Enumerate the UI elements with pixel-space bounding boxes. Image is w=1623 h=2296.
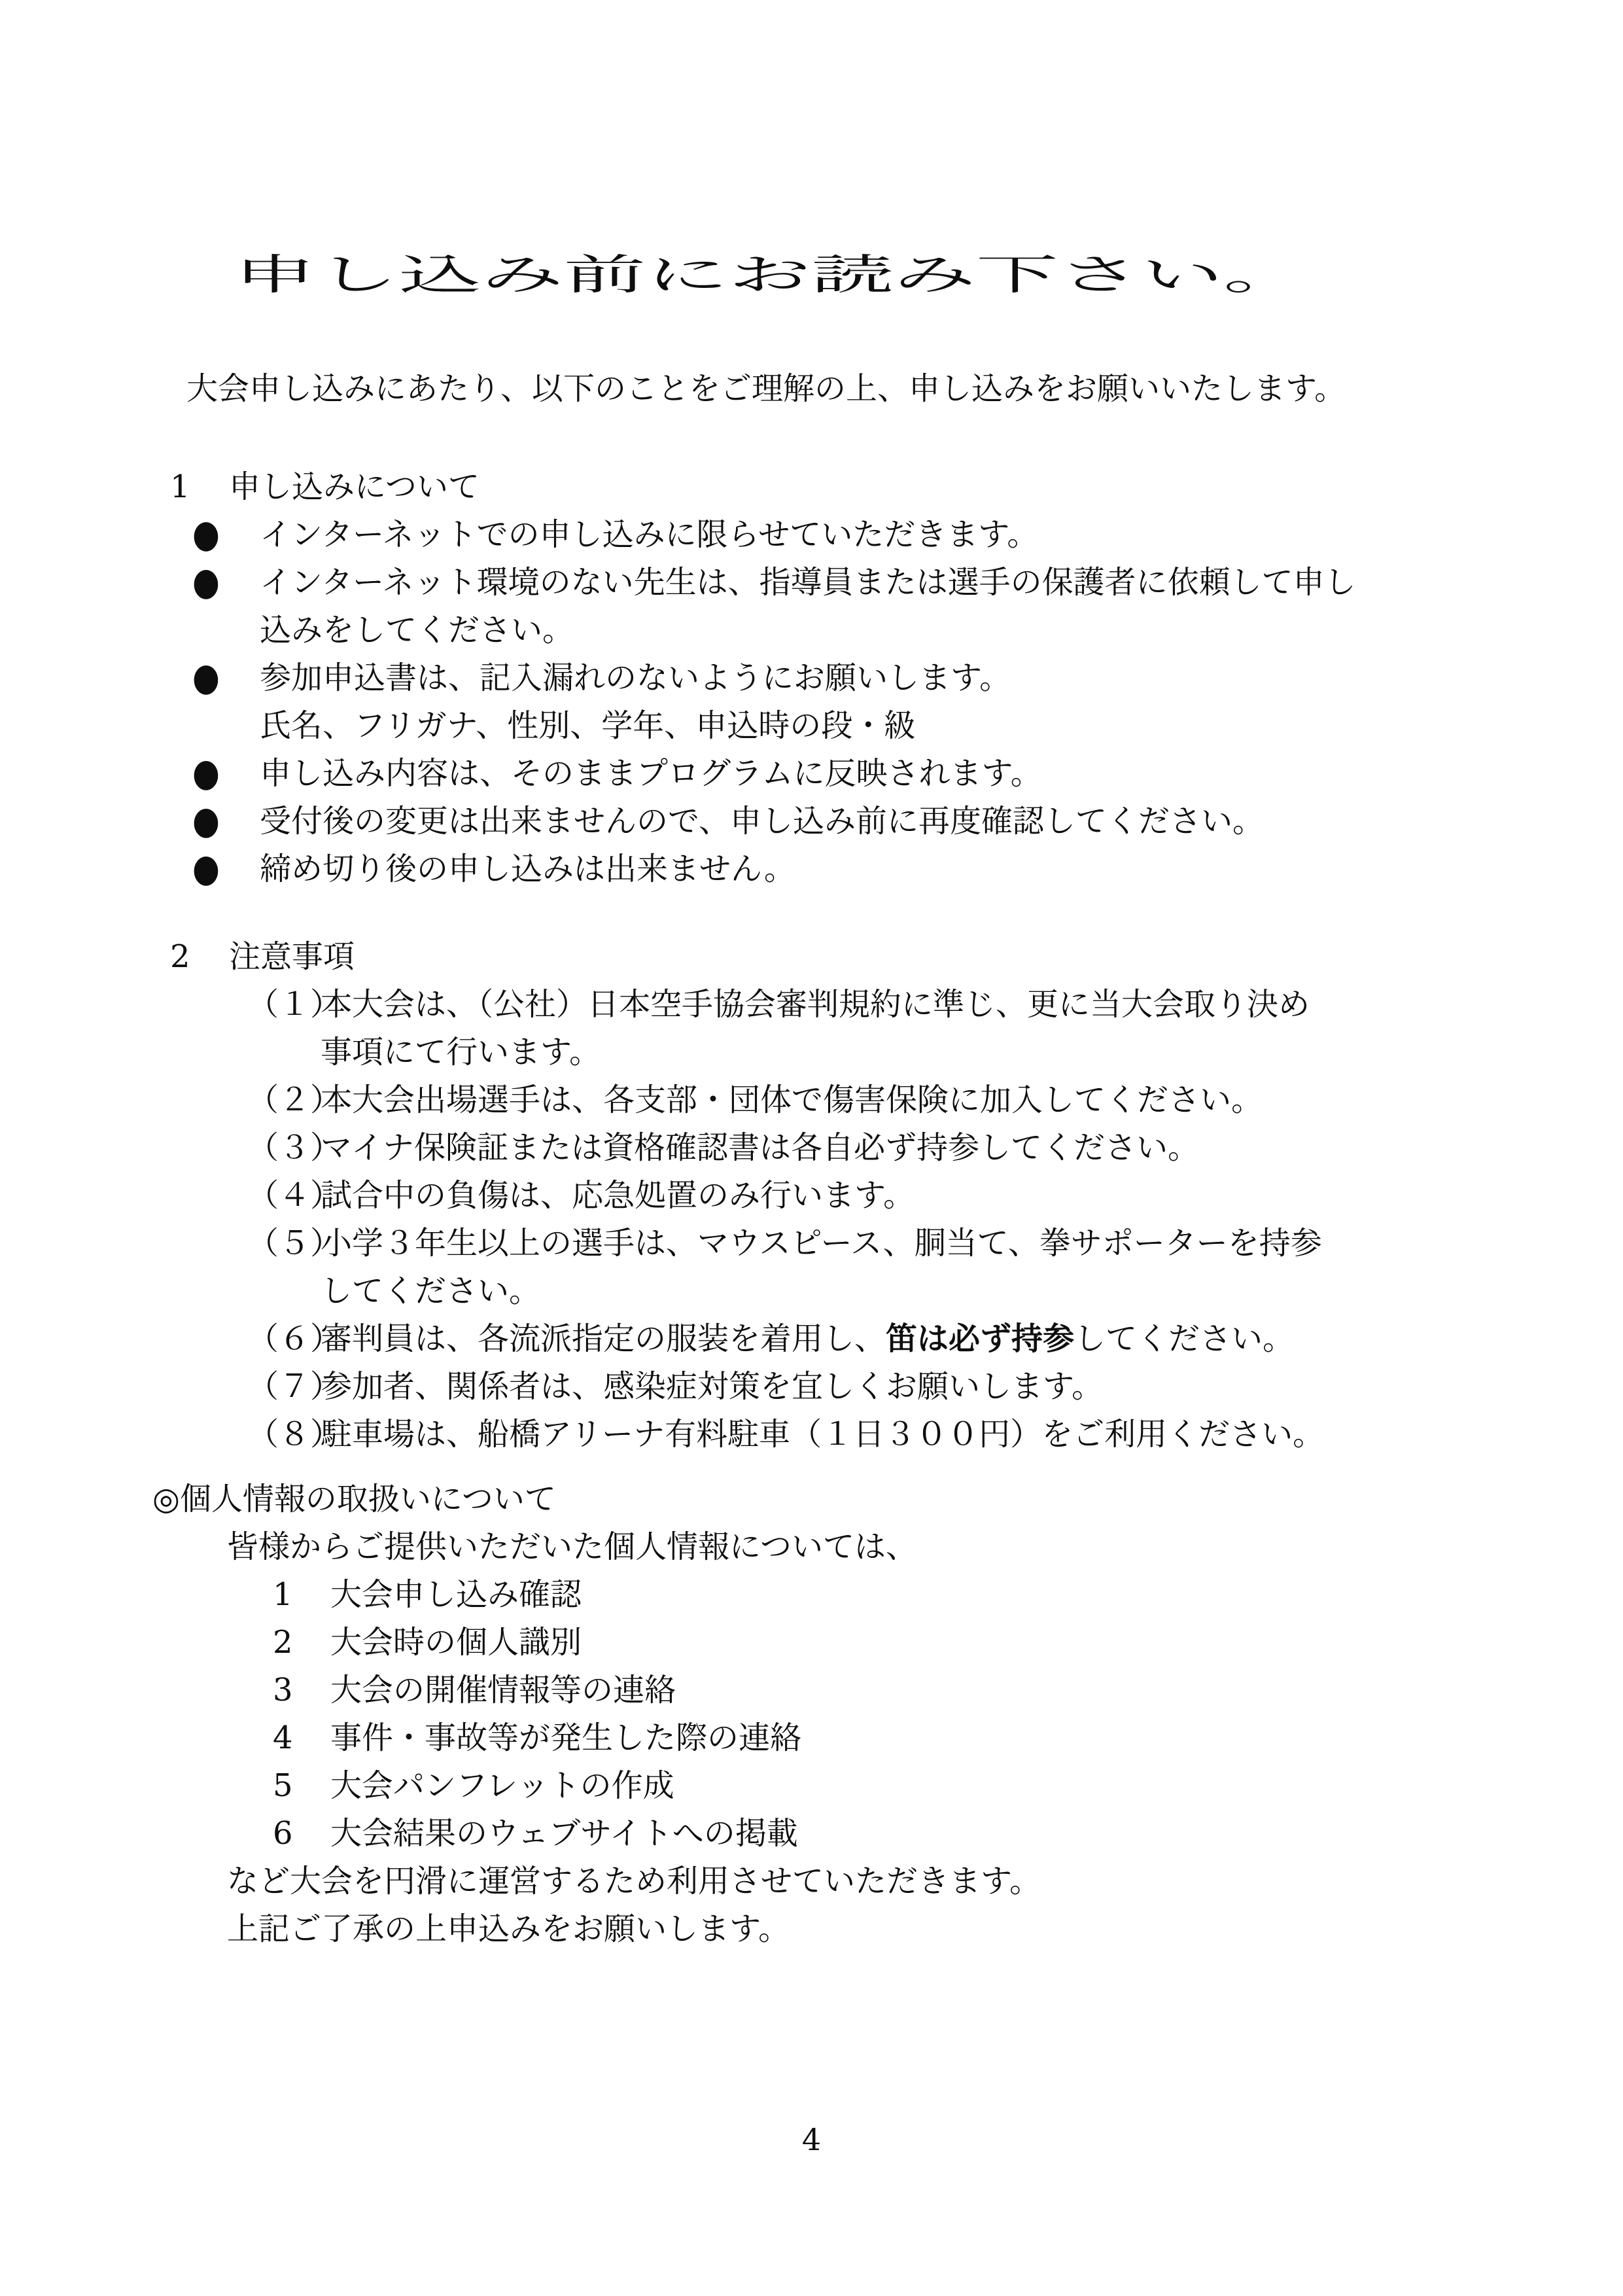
intro-text: 大会申し込みにあたり、以下のことをご理解の上、申し込みをお願いいたします。	[186, 365, 1346, 413]
section-title: 注意事項	[229, 938, 355, 975]
note-text: 本大会出場選手は、各支部・団体で傷害保険に加入してください。	[321, 1076, 1623, 1124]
purpose-number: 1	[273, 1571, 293, 1619]
note-text: 試合中の負傷は、応急処置のみ行います。	[321, 1172, 1623, 1220]
note-number: （４）	[247, 1172, 341, 1220]
bullet-text-continued: 氏名、フリガナ、性別、学年、申込時の段・級	[260, 702, 1623, 750]
section-privacy: ◎個人情報の取扱いについて 皆様からご提供いただいた個人情報については、 1 大…	[0, 1475, 1623, 1953]
purpose-text: 大会の開催情報等の連絡	[330, 1667, 1623, 1714]
bullet-text: 申し込み内容は、そのままプログラムに反映されます。	[260, 750, 1623, 798]
note-number: （１）	[247, 981, 341, 1029]
note-item: （７） 参加者、関係者は、感染症対策を宜しくお願いします。	[0, 1363, 1623, 1411]
bullet-text: インターネット環境のない先生は、指導員または選手の保護者に依頼して申し	[260, 559, 1623, 607]
list-item: ● 申し込み内容は、そのままプログラムに反映されます。	[0, 750, 1623, 798]
bullet-text: インターネットでの申し込みに限らせていただきます。	[260, 511, 1623, 559]
note-item: （６） 審判員は、各流派指定の服装を着用し、笛は必ず持参してください。	[0, 1315, 1623, 1363]
note-item: （８） 駐車場は、船橋アリーナ有料駐車（１日３００円）をご利用ください。	[0, 1411, 1623, 1458]
section-application: 1申し込みについて ● インターネットでの申し込みに限らせていただきます。 ● …	[0, 463, 1623, 893]
note-item: （１） 本大会は、（公社）日本空手協会審判規約に準じ、更に当大会取り決め 事項に…	[0, 981, 1623, 1076]
note-number: （２）	[247, 1076, 341, 1124]
bullet-icon: ●	[192, 553, 220, 611]
bullet-text: 受付後の変更は出来ませんので、申し込み前に再度確認してください。	[260, 798, 1623, 845]
purpose-list: 1 大会申し込み確認 2 大会時の個人識別 3 大会の開催情報等の連絡 4 事件…	[0, 1571, 1623, 1858]
purpose-text: 事件・事故等が発生した際の連絡	[330, 1714, 1623, 1762]
document-page: 申し込み前にお読み下さい。 大会申し込みにあたり、以下のことをご理解の上、申し込…	[0, 0, 1623, 2296]
purpose-text: 大会申し込み確認	[330, 1571, 1623, 1619]
list-item: ● 参加申込書は、記入漏れのないようにお願いします。 氏名、フリガナ、性別、学年…	[0, 654, 1623, 750]
closing-line: など大会を円滑に運営するため利用させていただきます。	[0, 1858, 1623, 1905]
notes-list: （１） 本大会は、（公社）日本空手協会審判規約に準じ、更に当大会取り決め 事項に…	[0, 981, 1623, 1458]
bullet-list: ● インターネットでの申し込みに限らせていただきます。 ● インターネット環境の…	[0, 511, 1623, 893]
note-text: 本大会は、（公社）日本空手協会審判規約に準じ、更に当大会取り決め	[321, 981, 1623, 1029]
purpose-item: 4 事件・事故等が発生した際の連絡	[0, 1714, 1623, 1762]
page-number: 4	[0, 2120, 1623, 2159]
note-text-continued: してください。	[321, 1267, 1623, 1315]
list-item: ● 受付後の変更は出来ませんので、申し込み前に再度確認してください。	[0, 798, 1623, 845]
note-number: （８）	[247, 1411, 341, 1458]
purpose-number: 2	[273, 1619, 293, 1667]
note-item: （５） 小学３年生以上の選手は、マウスピース、胴当て、拳サポーターを持参 してく…	[0, 1220, 1623, 1315]
privacy-lead: 皆様からご提供いただいた個人情報については、	[0, 1523, 1623, 1571]
note-number: （７）	[247, 1363, 341, 1411]
section-number: 2	[170, 933, 229, 981]
note-text: 審判員は、各流派指定の服装を着用し、笛は必ず持参してください。	[321, 1315, 1623, 1363]
bullet-text: 締め切り後の申し込みは出来ません。	[260, 845, 1623, 893]
note-text-regular: 審判員は、各流派指定の服装を着用し、	[321, 1320, 886, 1357]
note-number: （６）	[247, 1315, 341, 1363]
bullet-text: 参加申込書は、記入漏れのないようにお願いします。	[260, 654, 1623, 702]
bullet-icon: ●	[192, 839, 220, 898]
note-text: マイナ保険証または資格確認書は各自必ず持参してください。	[321, 1124, 1623, 1172]
note-item: （４） 試合中の負傷は、応急処置のみ行います。	[0, 1172, 1623, 1220]
list-item: ● インターネットでの申し込みに限らせていただきます。	[0, 511, 1623, 559]
note-text: 駐車場は、船橋アリーナ有料駐車（１日３００円）をご利用ください。	[321, 1411, 1623, 1458]
section-number: 1	[170, 463, 229, 511]
purpose-item: 5 大会パンフレットの作成	[0, 1762, 1623, 1810]
bullet-icon: ●	[192, 648, 220, 707]
section-heading: 1申し込みについて	[0, 463, 1623, 511]
note-text: 参加者、関係者は、感染症対策を宜しくお願いします。	[321, 1363, 1623, 1411]
note-text-bold: 笛は必ず持参	[886, 1320, 1074, 1357]
purpose-number: 5	[273, 1762, 293, 1810]
section-notes: 2注意事項 （１） 本大会は、（公社）日本空手協会審判規約に準じ、更に当大会取り…	[0, 933, 1623, 1458]
purpose-item: 6 大会結果のウェブサイトへの掲載	[0, 1810, 1623, 1858]
purpose-number: 3	[273, 1667, 293, 1714]
privacy-heading: ◎個人情報の取扱いについて	[0, 1475, 1623, 1523]
purpose-item: 2 大会時の個人識別	[0, 1619, 1623, 1667]
list-item: ● インターネット環境のない先生は、指導員または選手の保護者に依頼して申し 込み…	[0, 559, 1623, 654]
note-number: （３）	[247, 1124, 341, 1172]
purpose-text: 大会パンフレットの作成	[330, 1762, 1623, 1810]
note-text: 小学３年生以上の選手は、マウスピース、胴当て、拳サポーターを持参	[321, 1220, 1623, 1267]
section-heading: 2注意事項	[0, 933, 1623, 981]
note-text-regular: してください。	[1074, 1320, 1294, 1357]
purpose-number: 6	[273, 1810, 293, 1858]
note-item: （３） マイナ保険証または資格確認書は各自必ず持参してください。	[0, 1124, 1623, 1172]
purpose-text: 大会結果のウェブサイトへの掲載	[330, 1810, 1623, 1858]
purpose-item: 3 大会の開催情報等の連絡	[0, 1667, 1623, 1714]
page-title: 申し込み前にお読み下さい。	[234, 251, 1306, 301]
bullet-text-continued: 込みをしてください。	[260, 607, 1623, 654]
note-number: （５）	[247, 1220, 341, 1267]
list-item: ● 締め切り後の申し込みは出来ません。	[0, 845, 1623, 893]
note-item: （２） 本大会出場選手は、各支部・団体で傷害保険に加入してください。	[0, 1076, 1623, 1124]
purpose-number: 4	[273, 1714, 293, 1762]
purpose-item: 1 大会申し込み確認	[0, 1571, 1623, 1619]
note-text-continued: 事項にて行います。	[321, 1029, 1623, 1076]
closing-line: 上記ご了承の上申込みをお願いします。	[0, 1905, 1623, 1953]
section-title: 申し込みについて	[229, 468, 480, 505]
purpose-text: 大会時の個人識別	[330, 1619, 1623, 1667]
